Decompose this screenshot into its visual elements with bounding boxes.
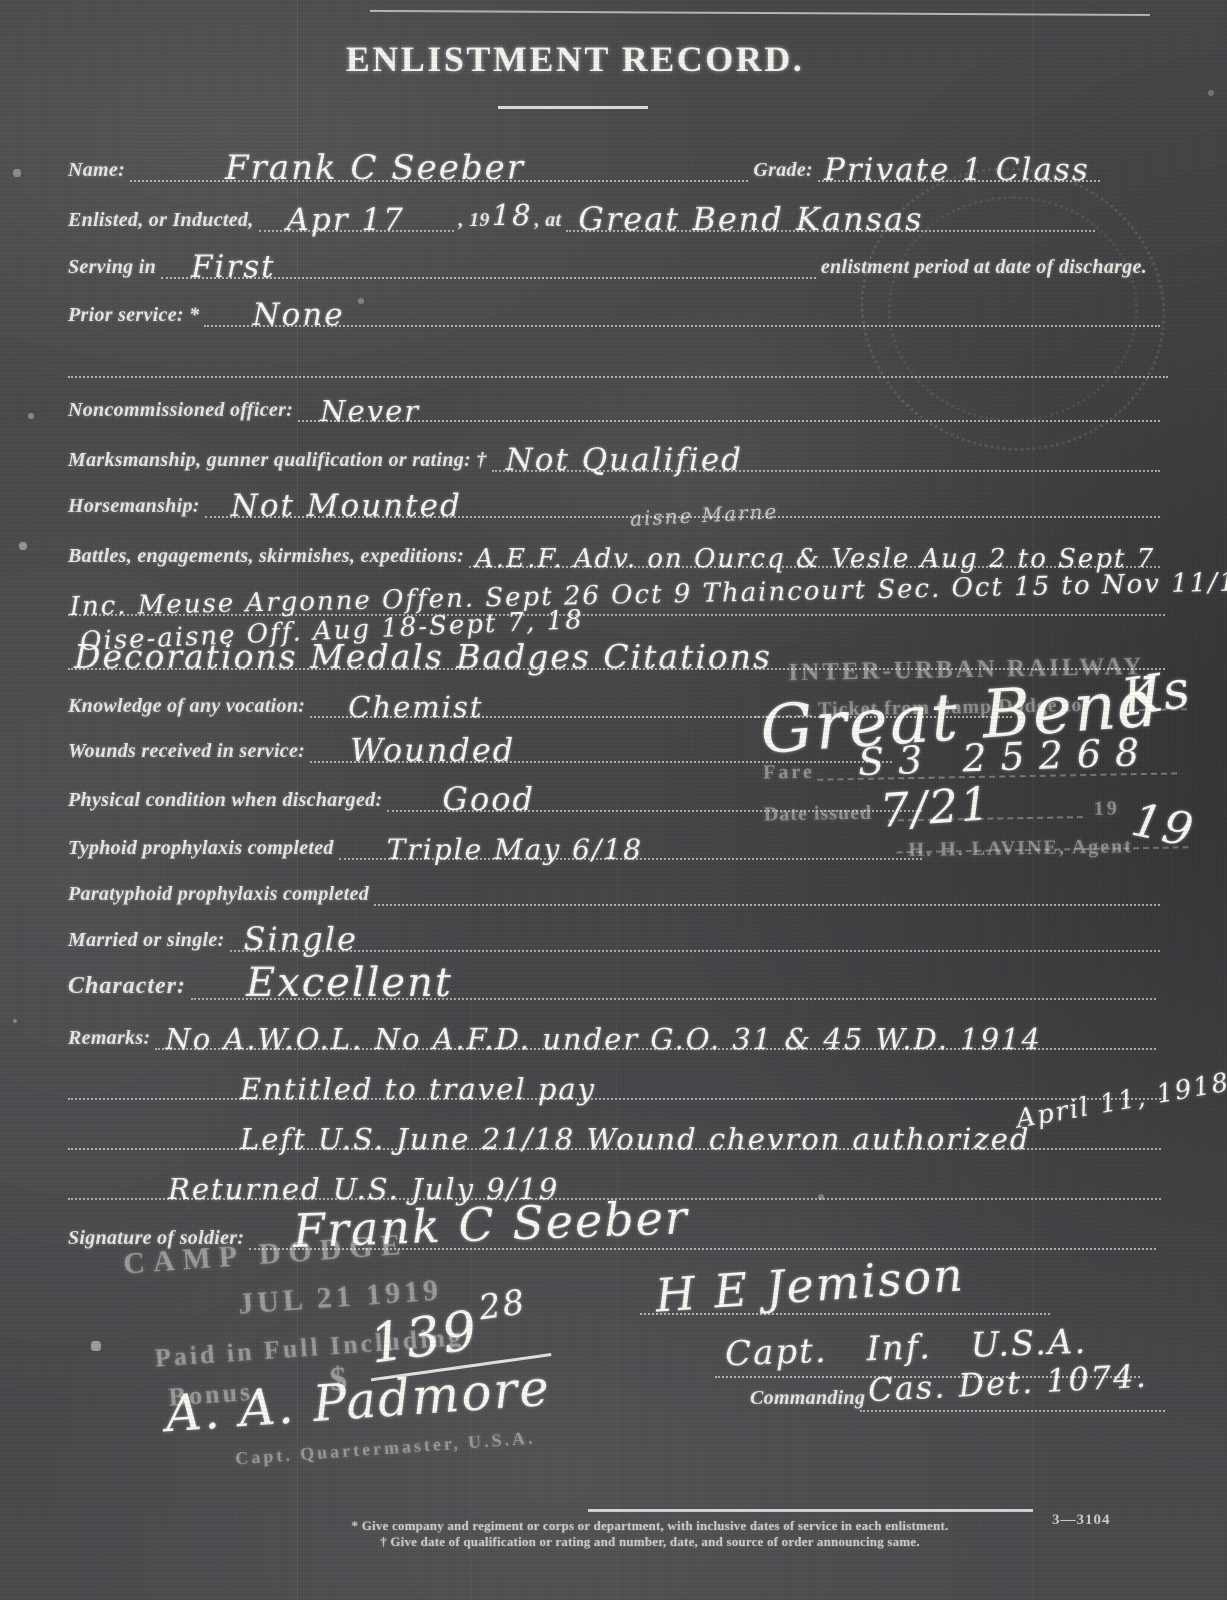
typhoid-value: Triple May 6/18 xyxy=(387,833,643,866)
name-line: Frank C Seeber xyxy=(130,180,748,182)
field-row-soldier-signature: Signature of soldier: Frank C Seeber xyxy=(68,1210,1161,1250)
serving-line: First xyxy=(161,277,816,279)
vocation-label: Knowledge of any vocation: xyxy=(68,695,305,718)
wounds-label: Wounds received in service: xyxy=(68,740,305,763)
field-row-enlisted: Enlisted, or Inducted, Apr 17 , 19 18 , … xyxy=(68,192,1100,232)
scan-specks xyxy=(0,0,2,2)
field-row-serving: Serving in First enlistment period at da… xyxy=(68,239,1147,279)
field-row-physical: Physical condition when discharged: Good xyxy=(68,772,927,812)
enlisted-at-label: , at xyxy=(535,209,562,232)
battles-line: A.E.F. Adv. on Ourcq & Vesle Aug 2 to Se… xyxy=(469,566,1160,568)
commanding-line xyxy=(860,1410,1165,1412)
character-line: Excellent xyxy=(191,998,1156,1000)
remarks-line2: Entitled to travel pay xyxy=(68,1098,1161,1100)
grade-label: Grade: xyxy=(753,159,813,182)
married-line: Single xyxy=(230,950,1160,952)
vocation-value: Chemist xyxy=(348,690,483,724)
nco-line: Never xyxy=(298,420,1160,422)
commanding-label: Commanding xyxy=(750,1387,865,1410)
serving-suffix: enlistment period at date of discharge. xyxy=(821,256,1147,279)
married-label: Married or single: xyxy=(68,929,225,952)
name-label: Name: xyxy=(68,159,125,182)
enlisted-date-value: Apr 17 xyxy=(287,202,405,238)
remarks-line3: Left U.S. June 21/18 Wound chevron autho… xyxy=(68,1148,1161,1150)
railway-stamp-year: 19 xyxy=(1094,797,1120,820)
enlisted-label: Enlisted, or Inducted, xyxy=(68,209,254,232)
form-number: 3—3104 xyxy=(1052,1512,1111,1529)
typhoid-line: Triple May 6/18 xyxy=(339,858,922,860)
railway-written-date: 7/21 xyxy=(878,776,993,838)
field-row-horsemanship: Horsemanship: Not Mounted xyxy=(68,478,1165,518)
field-row-paratyphoid: Paratyphoid prophylaxis completed xyxy=(68,866,1165,906)
serving-label: Serving in xyxy=(68,256,156,279)
prior-service-label: Prior service: * xyxy=(68,304,199,327)
typhoid-label: Typhoid prophylaxis completed xyxy=(68,837,334,860)
field-row-name-grade: Name: Frank C Seeber Grade: Private 1 Cl… xyxy=(68,142,1105,182)
field-row-remarks-3: Left U.S. June 21/18 Wound chevron autho… xyxy=(68,1110,1161,1150)
battles-label: Battles, engagements, skirmishes, expedi… xyxy=(68,545,464,568)
blank-line xyxy=(68,376,1168,378)
remarks-value-1: No A.W.O.L. No A.F.D. under G.O. 31 & 45… xyxy=(165,1022,1042,1056)
name-value: Frank C Seeber xyxy=(225,148,525,188)
battles-value: A.E.F. Adv. on Ourcq & Vesle Aug 2 to Se… xyxy=(475,544,1155,574)
title-underline xyxy=(498,106,648,109)
prior-service-line: None xyxy=(204,325,1160,327)
field-row-battles: Battles, engagements, skirmishes, expedi… xyxy=(68,528,1165,568)
footnote-2: † Give date of qualification or rating a… xyxy=(70,1534,1227,1550)
soldier-signature-line: Frank C Seeber xyxy=(249,1248,1156,1250)
horsemanship-label: Horsemanship: xyxy=(68,495,200,518)
field-row-battles-2: Inc. Meuse Argonne Offen. Sept 26 Oct 9 … xyxy=(68,576,1165,616)
officer-signature-value: H E Jemison xyxy=(653,1247,966,1322)
remarks-line1: No A.W.O.L. No A.F.D. under G.O. 31 & 45… xyxy=(155,1048,1156,1050)
field-row-remarks-2: Entitled to travel pay xyxy=(68,1060,1161,1100)
enlisted-place-value: Great Bend Kansas xyxy=(578,200,923,238)
marksmanship-label: Marksmanship, gunner qualification or ra… xyxy=(68,449,487,472)
enlistment-record-scan: ENLISTMENT RECORD. Name: Frank C Seeber … xyxy=(0,0,1227,1600)
soldier-signature-label: Signature of soldier: xyxy=(68,1227,244,1250)
remarks-value-2: Entitled to travel pay xyxy=(240,1072,596,1106)
enlisted-place-line: Great Bend Kansas xyxy=(566,230,1095,232)
marksmanship-line: Not Qualified xyxy=(492,470,1160,472)
field-row-character: Character: Excellent xyxy=(68,960,1161,1000)
field-row-typhoid: Typhoid prophylaxis completed Triple May… xyxy=(68,820,927,860)
character-value: Excellent xyxy=(246,960,453,1006)
physical-line: Good xyxy=(387,810,922,812)
serving-value: First xyxy=(191,249,276,285)
page-title: ENLISTMENT RECORD. xyxy=(0,38,1150,80)
grade-line: Private 1 Class xyxy=(818,180,1100,182)
field-row-nco: Noncommissioned officer: Never xyxy=(68,382,1165,422)
wounds-value: Wounded xyxy=(350,731,515,769)
character-label: Character: xyxy=(68,973,186,1000)
married-value: Single xyxy=(244,920,358,958)
paid-written-cents: 28 xyxy=(476,1282,528,1328)
remarks-value-3: Left U.S. June 21/18 Wound chevron autho… xyxy=(240,1122,1030,1156)
paratyphoid-line xyxy=(374,904,1160,906)
horsemanship-value: Not Mounted xyxy=(231,488,462,524)
enlisted-year-value: 18 xyxy=(492,198,533,232)
nco-label: Noncommissioned officer: xyxy=(68,399,293,422)
enlisted-date-line: Apr 17 xyxy=(259,230,454,232)
paratyphoid-label: Paratyphoid prophylaxis completed xyxy=(68,883,369,906)
scan-edge-line-bottom xyxy=(588,1509,1033,1512)
physical-label: Physical condition when discharged: xyxy=(68,789,382,812)
battles-line2-value: Inc. Meuse Argonne Offen. Sept 26 Oct 9 … xyxy=(69,567,1227,622)
field-row-married: Married or single: Single xyxy=(68,912,1165,952)
field-row-marksmanship: Marksmanship, gunner qualification or ra… xyxy=(68,432,1165,472)
field-row-prior-service: Prior service: * None xyxy=(68,287,1165,327)
remarks-label: Remarks: xyxy=(68,1027,150,1050)
physical-value: Good xyxy=(442,780,535,818)
prior-service-value: None xyxy=(252,297,344,333)
field-row-remarks: Remarks: No A.W.O.L. No A.F.D. under G.O… xyxy=(68,1010,1161,1050)
decorations-line: Decorations Medals Badges Citations xyxy=(68,668,1165,670)
grade-value: Private 1 Class xyxy=(824,152,1090,188)
nco-value: Never xyxy=(320,394,420,428)
railway-written-state: Ks xyxy=(1118,659,1196,729)
enlisted-year-prefix: , 19 xyxy=(459,209,490,232)
battles-line2-rule: Inc. Meuse Argonne Offen. Sept 26 Oct 9 … xyxy=(68,614,1165,616)
marksmanship-value: Not Qualified xyxy=(506,442,743,478)
